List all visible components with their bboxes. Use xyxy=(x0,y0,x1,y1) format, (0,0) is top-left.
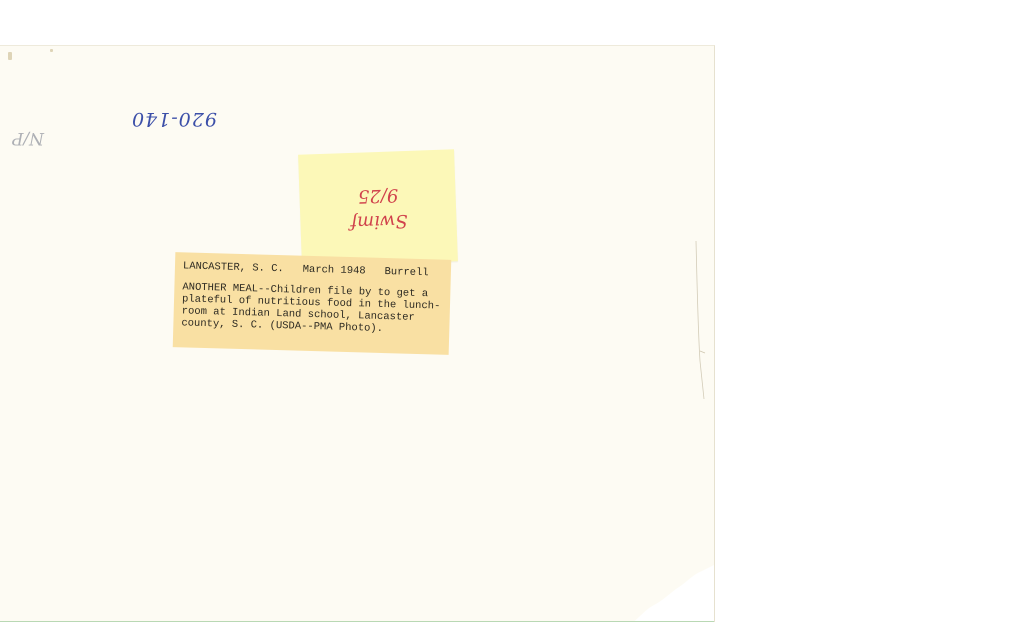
sticky-note-text: Swimf 9/25 xyxy=(349,181,408,235)
page-speckle xyxy=(50,49,53,52)
sticky-note-line: 9/25 xyxy=(349,181,407,209)
caption-body: ANOTHER MEAL--Children file by to get a … xyxy=(181,281,444,336)
handwritten-photo-id: 920-140 xyxy=(131,108,217,130)
edge-crack xyxy=(694,241,706,401)
sticky-note-line: Swimf xyxy=(350,207,408,235)
caption-label: LANCASTER, S. C. March 1948 Burrell ANOT… xyxy=(173,252,452,355)
torn-corner xyxy=(632,565,714,622)
pencil-mark: N/P xyxy=(12,128,44,148)
page-speckle xyxy=(8,52,12,60)
sticky-note: Swimf 9/25 xyxy=(298,149,458,266)
caption-header: LANCASTER, S. C. March 1948 Burrell xyxy=(183,260,445,279)
